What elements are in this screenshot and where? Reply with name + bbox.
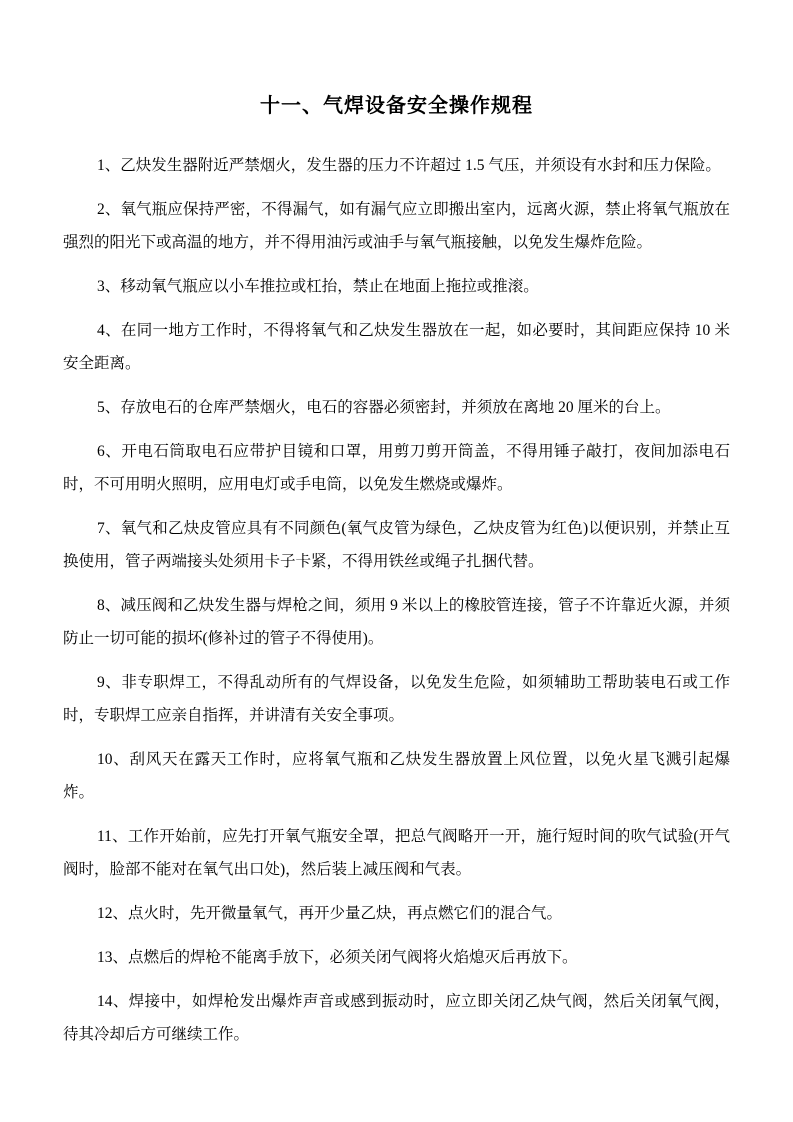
document-body: 1、乙炔发生器附近严禁烟火，发生器的压力不许超过 1.5 气压，并须设有水封和压… <box>63 149 730 1051</box>
regulation-item-8: 8、减压阀和乙炔发生器与焊枪之间，须用 9 米以上的橡胶管连接，管子不许靠近火源… <box>63 589 730 655</box>
regulation-item-11: 11、工作开始前，应先打开氧气瓶安全罩，把总气阀略开一开，施行短时间的吹气试验(… <box>63 820 730 886</box>
page-title: 十一、气焊设备安全操作规程 <box>63 95 730 118</box>
regulation-item-14: 14、焊接中，如焊枪发出爆炸声音或感到振动时，应立即关闭乙炔气阀，然后关闭氧气阀… <box>63 985 730 1051</box>
regulation-item-1: 1、乙炔发生器附近严禁烟火，发生器的压力不许超过 1.5 气压，并须设有水封和压… <box>63 149 730 182</box>
regulation-item-10: 10、刮风天在露天工作时，应将氧气瓶和乙炔发生器放置上风位置，以免火星飞溅引起爆… <box>63 743 730 809</box>
regulation-item-12: 12、点火时，先开微量氧气，再开少量乙炔，再点燃它们的混合气。 <box>63 897 730 930</box>
regulation-item-9: 9、非专职焊工，不得乱动所有的气焊设备，以免发生危险，如须辅助工帮助装电石或工作… <box>63 666 730 732</box>
regulation-item-3: 3、移动氧气瓶应以小车推拉或杠抬，禁止在地面上拖拉或推滚。 <box>63 270 730 303</box>
regulation-item-2: 2、氧气瓶应保持严密，不得漏气，如有漏气应立即搬出室内，远离火源，禁止将氧气瓶放… <box>63 193 730 259</box>
regulation-item-4: 4、在同一地方工作时，不得将氧气和乙炔发生器放在一起，如必要时，其间距应保持 1… <box>63 314 730 380</box>
regulation-item-7: 7、氧气和乙炔皮管应具有不同颜色(氧气皮管为绿色，乙炔皮管为红色)以便识别，并禁… <box>63 512 730 578</box>
regulation-item-5: 5、存放电石的仓库严禁烟火，电石的容器必须密封，并须放在离地 20 厘米的台上。 <box>63 391 730 424</box>
regulation-item-13: 13、点燃后的焊枪不能离手放下，必须关闭气阀将火焰熄灭后再放下。 <box>63 941 730 974</box>
regulation-item-6: 6、开电石筒取电石应带护目镜和口罩，用剪刀剪开筒盖，不得用锤子敲打，夜间加添电石… <box>63 435 730 501</box>
document-page: 十一、气焊设备安全操作规程 1、乙炔发生器附近严禁烟火，发生器的压力不许超过 1… <box>0 0 793 1122</box>
